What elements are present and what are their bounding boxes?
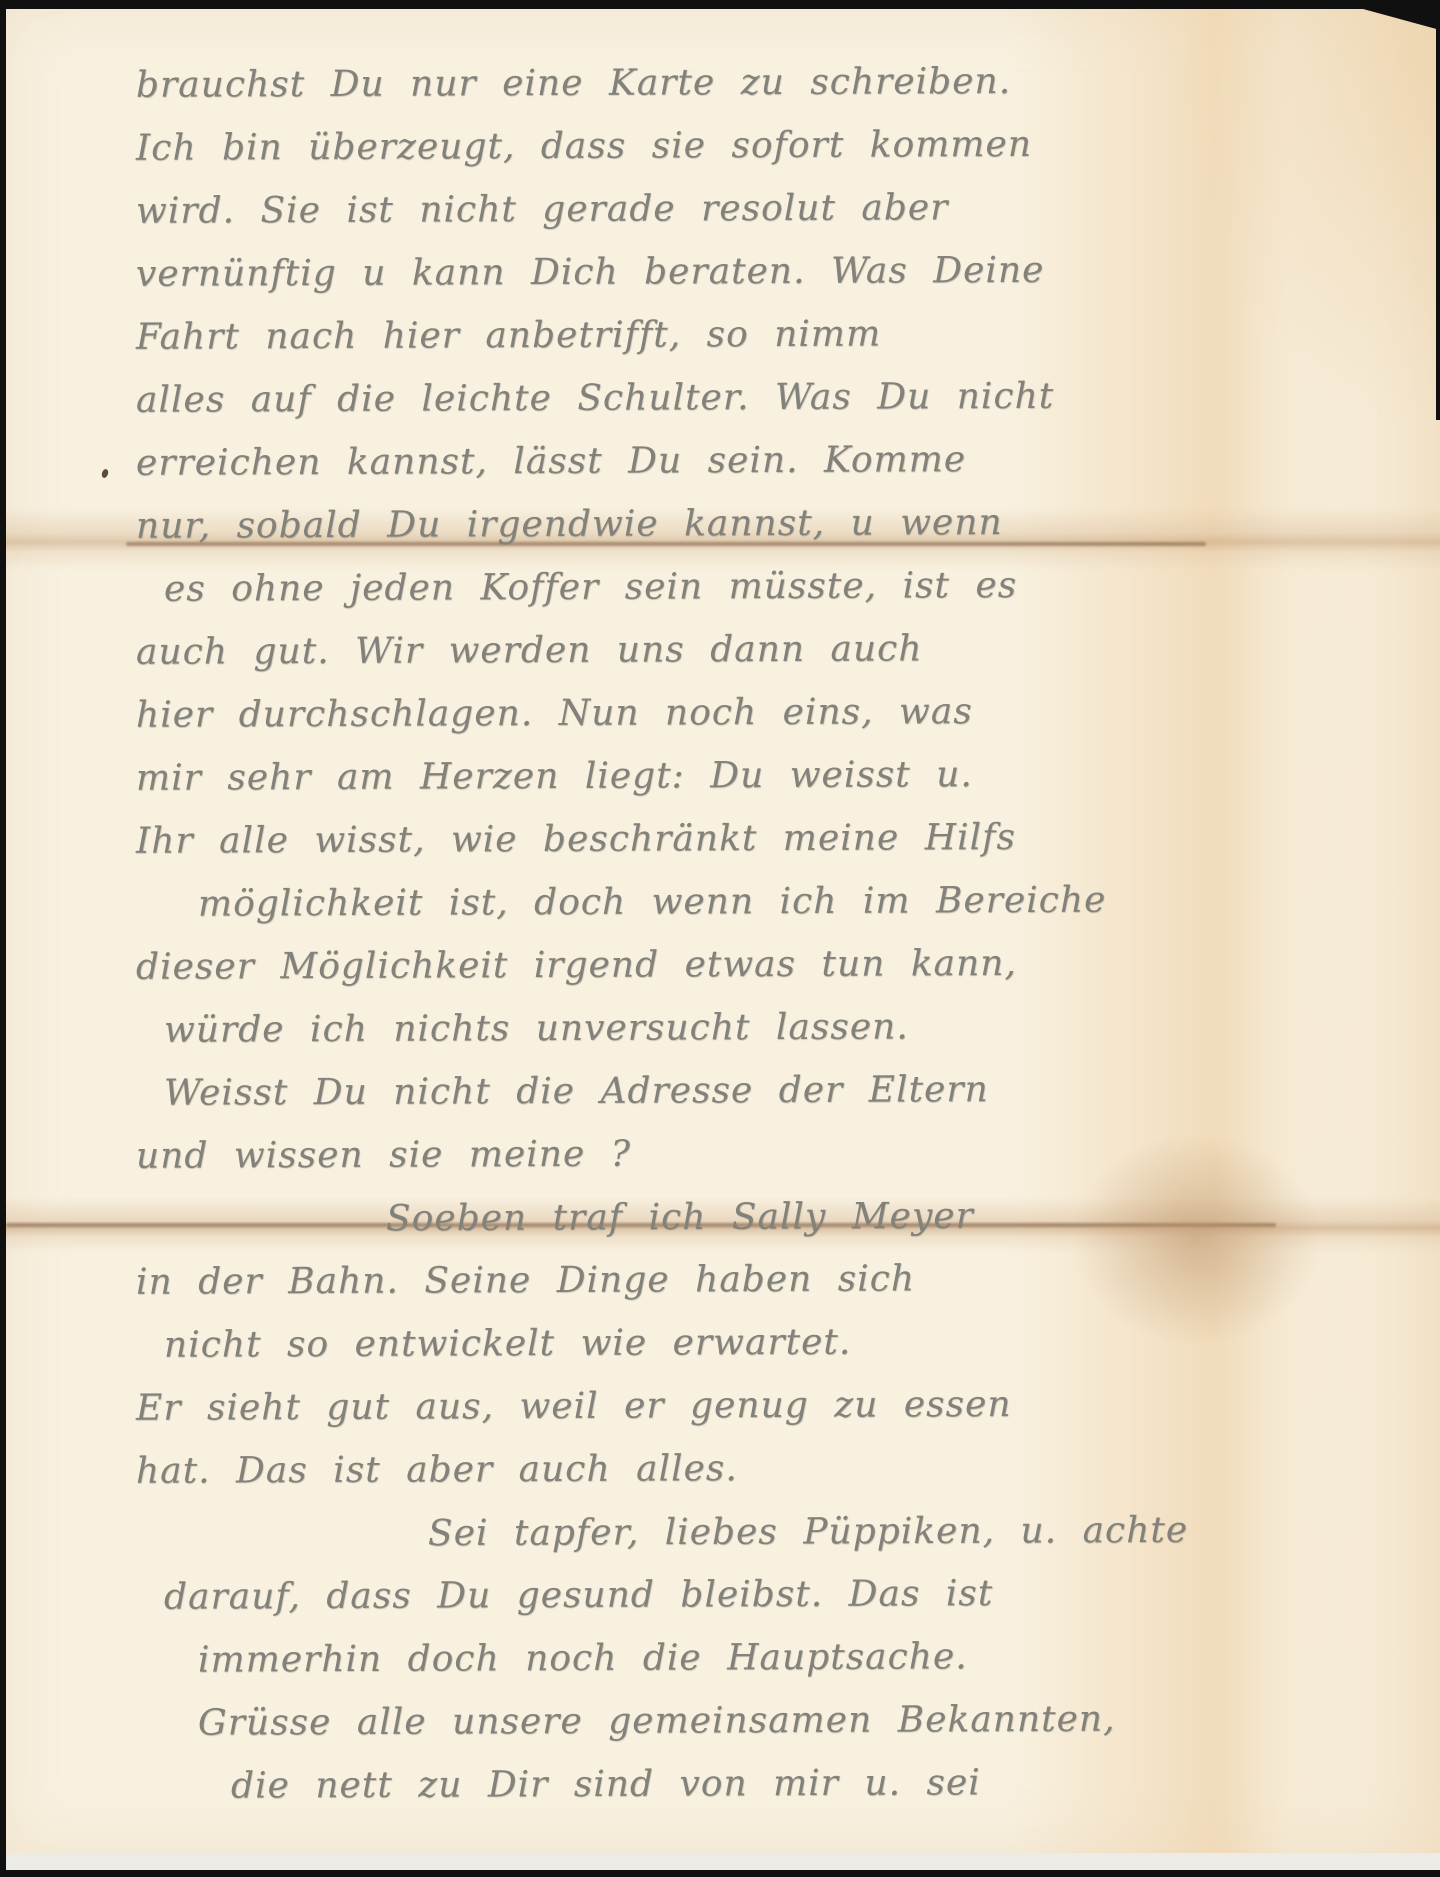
- letter-line: wird. Sie ist nicht gerade resolut aber: [136, 174, 1410, 243]
- letter-page: brauchst Du nur eine Karte zu schreiben.…: [6, 9, 1440, 1853]
- letter-line: nur, sobald Du irgendwie kannst, u wenn: [136, 489, 1410, 558]
- letter-line: immerhin doch noch die Hauptsache.: [198, 1623, 1410, 1691]
- letter-line: Fahrt nach hier anbetrifft, so nimm: [136, 300, 1410, 369]
- letter-line: nicht so entwickelt wie erwartet.: [164, 1308, 1410, 1376]
- letter-line: alles auf die leichte Schulter. Was Du n…: [136, 363, 1410, 432]
- scan-corner-wedge: [1330, 0, 1440, 30]
- letter-line: Grüsse alle unsere gemeinsamen Bekannten…: [198, 1686, 1410, 1754]
- paper-fleck: [101, 468, 110, 479]
- letter-line: Ich bin überzeugt, dass sie sofort komme…: [136, 111, 1410, 180]
- letter-line: möglichkeit ist, doch wenn ich im Bereic…: [198, 867, 1410, 935]
- letter-line: Weisst Du nicht die Adresse der Eltern: [164, 1056, 1410, 1124]
- letter-line: Ihr alle wisst, wie beschränkt meine Hil…: [136, 804, 1410, 873]
- letter-line: würde ich nichts unversucht lassen.: [164, 993, 1410, 1061]
- letter-line: es ohne jeden Koffer sein müsste, ist es: [164, 552, 1410, 620]
- letter-line: hat. Das ist aber auch alles.: [136, 1434, 1410, 1503]
- scan-edge-sliver: [1436, 0, 1440, 420]
- letter-line: dieser Möglichkeit irgend etwas tun kann…: [136, 930, 1410, 999]
- letter-body: brauchst Du nur eine Karte zu schreiben.…: [136, 51, 1410, 1815]
- letter-line: in der Bahn. Seine Dinge haben sich: [136, 1245, 1410, 1314]
- letter-line: Sei tapfer, liebes Püppiken, u. achte: [428, 1498, 1410, 1565]
- letter-line: erreichen kannst, lässt Du sein. Komme: [136, 426, 1410, 495]
- scanner-backing: [6, 1850, 1440, 1870]
- letter-line: hier durchschlagen. Nun noch eins, was: [136, 678, 1410, 747]
- letter-line: Soeben traf ich Sally Meyer: [386, 1183, 1410, 1250]
- letter-line: brauchst Du nur eine Karte zu schreiben.: [136, 48, 1410, 117]
- letter-line: Er sieht gut aus, weil er genug zu essen: [136, 1371, 1410, 1440]
- letter-line: auch gut. Wir werden uns dann auch: [136, 615, 1410, 684]
- letter-line: mir sehr am Herzen liegt: Du weisst u.: [136, 741, 1410, 810]
- letter-line: die nett zu Dir sind von mir u. sei: [231, 1749, 1410, 1817]
- letter-line: darauf, dass Du gesund bleibst. Das ist: [164, 1560, 1410, 1628]
- letter-line: vernünftig u kann Dich beraten. Was Dein…: [136, 237, 1410, 306]
- scan-frame: brauchst Du nur eine Karte zu schreiben.…: [0, 0, 1440, 1877]
- letter-line: und wissen sie meine ?: [136, 1119, 1410, 1188]
